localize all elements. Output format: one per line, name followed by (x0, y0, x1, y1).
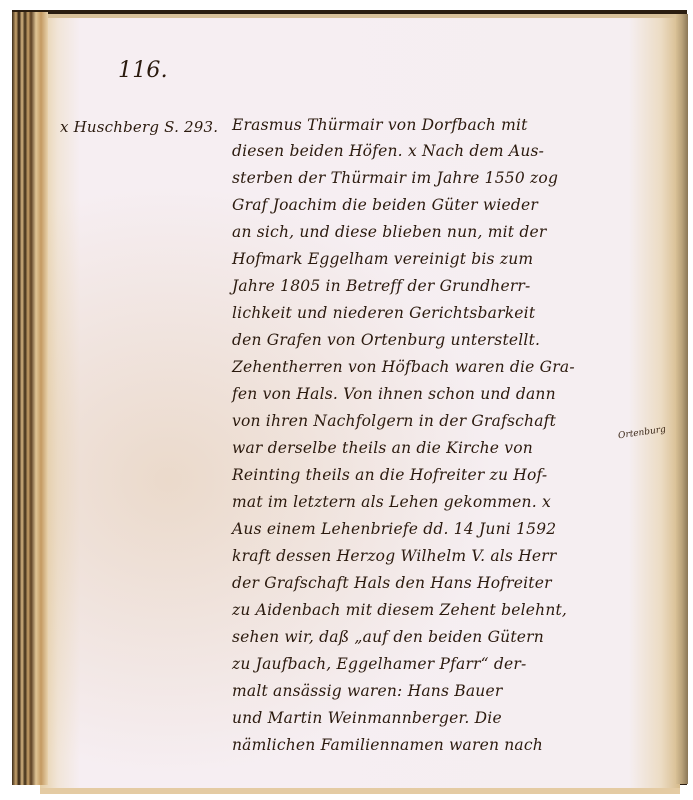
text-line: Aus einem Lehenbriefe dd. 14 Juni 1592 (232, 520, 556, 538)
text-line: war derselbe theils an die Kirche von (232, 439, 533, 457)
text-line: zu Jaufbach, Eggelhamer Pfarr“ der- (232, 655, 526, 673)
text-line: malt ansässig waren: Hans Bauer (232, 682, 502, 700)
text-line: an sich, und diese blieben nun, mit der (232, 223, 546, 241)
text-line: sehen wir, daß „auf den beiden Gütern (232, 628, 544, 646)
text-line: von ihren Nachfolgern in der Grafschaft (232, 412, 556, 430)
text-line: Graf Joachim die beiden Güter wieder (232, 196, 538, 214)
text-line: sterben der Thürmair im Jahre 1550 zog (232, 169, 558, 187)
text-line: Hofmark Eggelham vereinigt bis zum (232, 250, 533, 268)
text-line: und Martin Weinmannberger. Die (232, 709, 502, 727)
text-line: kraft dessen Herzog Wilhelm V. als Herr (232, 547, 557, 565)
text-line: nämlichen Familiennamen waren nach (232, 736, 543, 754)
text-line: lichkeit und niederen Gerichtsbarkeit (232, 304, 535, 322)
text-line: diesen beiden Höfen. x Nach dem Aus- (232, 142, 544, 160)
text-line: fen von Hals. Von ihnen schon und dann (232, 385, 556, 403)
text-line: den Grafen von Ortenburg unterstellt. (232, 331, 540, 349)
text-line: der Grafschaft Hals den Hans Hofreiter (232, 574, 552, 592)
book-binding-edge (12, 12, 48, 785)
text-line: mat im letztern als Lehen gekommen. x (232, 493, 551, 511)
margin-note: x Huschberg S. 293. (60, 118, 218, 136)
text-line: Jahre 1805 in Betreff der Grundherr- (232, 277, 530, 295)
page-right-edge (676, 14, 688, 784)
text-line: Erasmus Thürmair von Dorfbach mit (232, 116, 528, 134)
text-line: Reinting theils an die Hofreiter zu Hof- (232, 466, 547, 484)
text-line: zu Aidenbach mit diesem Zehent belehnt, (232, 601, 567, 619)
text-line: Zehentherren von Höfbach waren die Gra- (232, 358, 575, 376)
page-number: 116. (118, 58, 168, 83)
